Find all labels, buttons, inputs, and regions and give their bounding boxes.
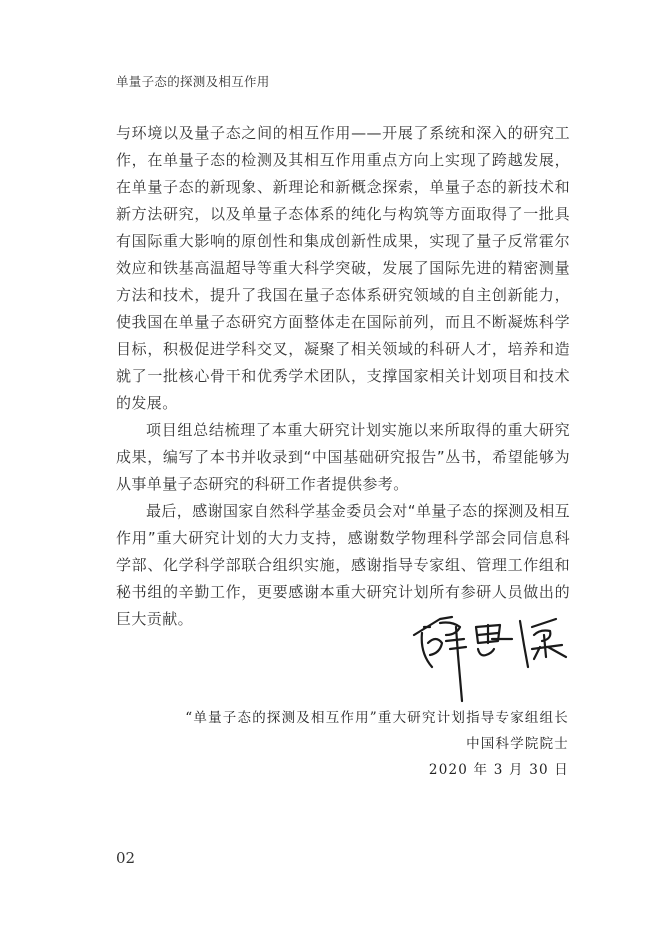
body-text: 与环境以及量子态之间的相互作用——开展了系统和深入的研究工作，在单量子态的检测及… xyxy=(116,120,570,633)
signature-date: 2020 年 3 月 30 日 xyxy=(185,757,569,783)
paragraph-continued: 与环境以及量子态之间的相互作用——开展了系统和深入的研究工作，在单量子态的检测及… xyxy=(116,120,570,417)
running-header: 单量子态的探测及相互作用 xyxy=(116,72,270,90)
signer-affiliation: 中国科学院院士 xyxy=(185,731,569,757)
paragraph-summary: 项目组总结梳理了本重大研究计划实施以来所取得的重大研究成果，编写了本书并收录到“… xyxy=(116,417,570,498)
handwritten-signature-icon xyxy=(400,605,600,705)
signature-block: “单量子态的探测及相互作用”重大研究计划指导专家组组长 中国科学院院士 2020… xyxy=(185,705,569,783)
signer-title: “单量子态的探测及相互作用”重大研究计划指导专家组组长 xyxy=(185,705,569,731)
page-number: 02 xyxy=(116,849,135,867)
